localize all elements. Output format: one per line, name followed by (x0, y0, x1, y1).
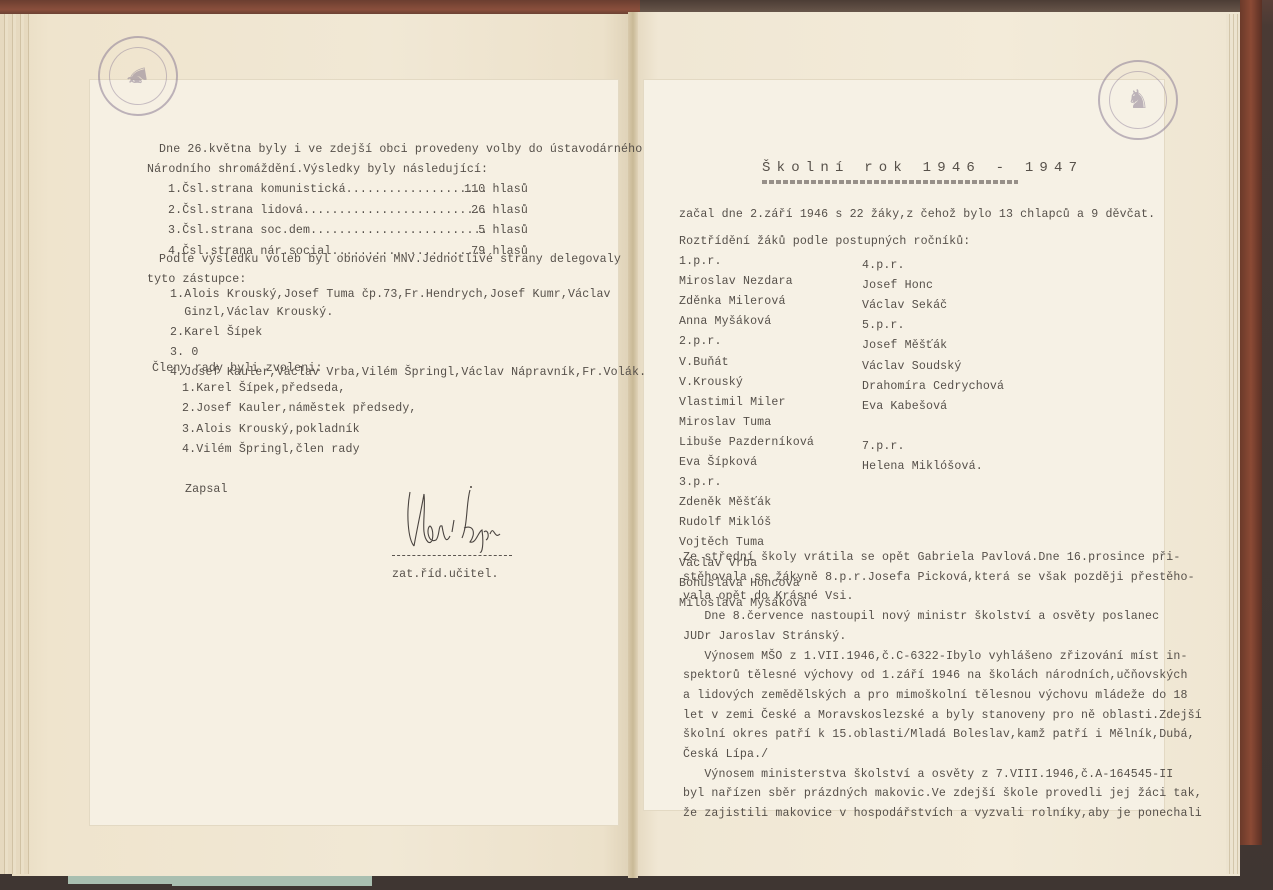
pupil-entry: Václav Sekáč (862, 296, 947, 316)
pupil-entry: Zdeněk Měšťák (679, 493, 771, 513)
delegate-line: Ginzl,Václav Krouský. (170, 303, 333, 323)
recorded-by-label: Zapsal (185, 480, 228, 500)
result-votes: 26 hlasů (471, 201, 528, 221)
paragraph-line: vala opět do Krásné Vsi. (683, 587, 854, 607)
council-member: 1.Karel Šípek,předseda, (182, 379, 345, 399)
pupil-entry: Vlastimil Miler (679, 393, 786, 413)
pupil-entry: Helena Miklóšová. (862, 457, 983, 477)
paragraph-line: JUDr Jaroslav Stránský. (683, 627, 846, 647)
pupil-entry: V.Krouský (679, 373, 743, 393)
lion-emblem-icon: ♞ (121, 62, 155, 90)
council-member: 3.Alois Krouský,pokladník (182, 420, 360, 440)
paragraph-line: let v zemi České a Moravskoslezské a byl… (683, 706, 1202, 726)
pupil-entry: 5.p.r. (862, 316, 905, 336)
pupil-entry: Václav Soudský (862, 357, 962, 377)
pupil-entry: 7.p.r. (862, 437, 905, 457)
pupil-entry: Miroslav Nezdara (679, 272, 793, 292)
result-votes: 5 hlasů (478, 221, 528, 241)
election-intro-line-1: Dne 26.května byly i ve zdejší obci prov… (159, 140, 642, 160)
result-votes: 110 hlasů (464, 180, 528, 200)
paragraph-line: školní okres patří k 15.oblasti/Mladá Bo… (683, 725, 1195, 745)
pupil-entry: Josef Honc (862, 276, 933, 296)
sorting-heading: Roztřídění žáků podle postupných ročníků… (679, 232, 970, 252)
left-page-edges (0, 14, 30, 874)
pupil-entry: Eva Šípková (679, 453, 757, 473)
paragraph-line: Česká Lípa./ (683, 745, 768, 765)
pupil-entry: Eva Kabešová (862, 397, 947, 417)
signature-line (392, 555, 512, 556)
council-member: 2.Josef Kauler,náměstek předsedy, (182, 399, 417, 419)
school-stamp-right: ♞ (1098, 60, 1178, 140)
paragraph-line: Dne 8.července nastoupil nový ministr šk… (683, 607, 1159, 627)
pupil-entry: V.Buňát (679, 353, 729, 373)
paragraph-line: a lidových zemědělských a pro mimoškolní… (683, 686, 1188, 706)
delegate-line: 2.Karel Šípek (170, 323, 262, 343)
signer-title: zat.říd.učitel. (392, 565, 499, 585)
school-year-opening: začal dne 2.září 1946 s 22 žáky,z čehož … (679, 205, 1155, 225)
mnv-line-1: Podle výsledku voleb byl obnoven MNV.Jed… (159, 250, 621, 270)
lion-emblem-icon: ♞ (1126, 85, 1149, 115)
paragraph-line: Výnosem MŠO z 1.VII.1946,č.C-6322-Ibylo … (683, 647, 1188, 667)
result-party: 1.Čsl.strana komunistická...............… (168, 180, 488, 200)
right-page-edges (1226, 14, 1240, 874)
result-party: 3.Čsl.strana soc.dem....................… (168, 221, 488, 241)
pupil-entry: Miroslav Tuma (679, 413, 771, 433)
pupil-entry: 1.p.r. (679, 252, 722, 272)
paragraph-line: spektorů tělesné výchovy od 1.září 1946 … (683, 666, 1188, 686)
paragraph-line: byl nařízen sběr prázdných makovic.Ve zd… (683, 784, 1202, 804)
school-year-title: Školní rok 1946 - 1947 (762, 160, 1083, 176)
pupil-entry: Anna Myšáková (679, 312, 771, 332)
paragraph-line: stěhovala se žákyně 8.p.r.Josefa Picková… (683, 568, 1195, 588)
title-underline (762, 180, 1018, 184)
pupil-entry: 3.p.r. (679, 473, 722, 493)
pupil-entry: 2.p.r. (679, 332, 722, 352)
paragraph-line: Výnosem ministerstva školství a osvěty z… (683, 765, 1173, 785)
pupil-entry: Libuše Pazderníková (679, 433, 814, 453)
council-member: 4.Vilém Špringl,člen rady (182, 440, 360, 460)
pupil-entry: Drahomíra Cedrychová (862, 377, 1004, 397)
handwritten-signature (404, 484, 504, 554)
pupil-entry: Zděnka Milerová (679, 292, 786, 312)
paragraph-line: Ze střední školy vrátila se opět Gabriel… (683, 548, 1181, 568)
pupil-entry: Josef Měšťák (862, 336, 947, 356)
council-heading: Členy rady byli zvoleni: (152, 359, 323, 379)
book-cover-right-edge (1240, 0, 1262, 845)
pupil-entry: 4.p.r. (862, 256, 905, 276)
paragraph-line: že zajistili makovice v hospodářstvích a… (683, 804, 1202, 824)
election-intro-line-2: Národního shromáždění.Výsledky byly násl… (147, 160, 488, 180)
result-party: 2.Čsl.strana lidová.....................… (168, 201, 488, 221)
pupil-entry: Rudolf Miklóš (679, 513, 771, 533)
